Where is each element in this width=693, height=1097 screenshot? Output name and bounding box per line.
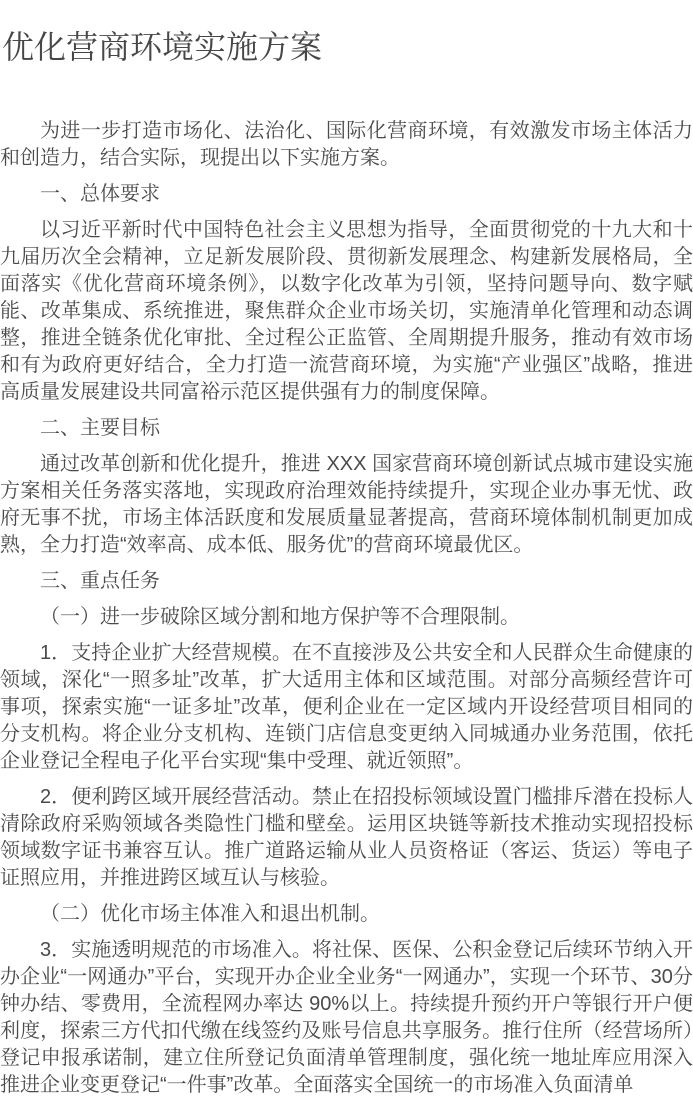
- section-heading-3: 三、重点任务: [0, 568, 693, 595]
- paragraph-goals: 通过改革创新和优化提升，推进 XXX 国家营商环境创新试点城市建设实施方案相关任…: [0, 451, 693, 559]
- paragraph-intro: 为进一步打造市场化、法治化、国际化营商环境，有效激发市场主体活力和创造力，结合实…: [0, 118, 693, 172]
- subsection-heading-2: （二）优化市场主体准入和退出机制。: [0, 901, 693, 928]
- paragraph-task-1: 1．支持企业扩大经营规模。在不直接涉及公共安全和人民群众生命健康的领域，深化“一…: [0, 640, 693, 775]
- section-heading-2: 二、主要目标: [0, 415, 693, 442]
- subsection-heading-1: （一）进一步破除区域分割和地方保护等不合理限制。: [0, 604, 693, 631]
- document-title: 优化营商环境实施方案: [0, 26, 693, 68]
- section-heading-1: 一、总体要求: [0, 181, 693, 208]
- document-page: 优化营商环境实施方案 为进一步打造市场化、法治化、国际化营商环境，有效激发市场主…: [0, 0, 693, 1097]
- paragraph-task-2: 2．便利跨区域开展经营活动。禁止在招投标领域设置门槛排斥潜在投标人清除政府采购领…: [0, 784, 693, 892]
- paragraph-overall: 以习近平新时代中国特色社会主义思想为指导，全面贯彻党的十九大和十九届历次全会精神…: [0, 217, 693, 406]
- paragraph-task-3: 3．实施透明规范的市场准入。将社保、医保、公积金登记后续环节纳入开办企业“一网通…: [0, 937, 693, 1097]
